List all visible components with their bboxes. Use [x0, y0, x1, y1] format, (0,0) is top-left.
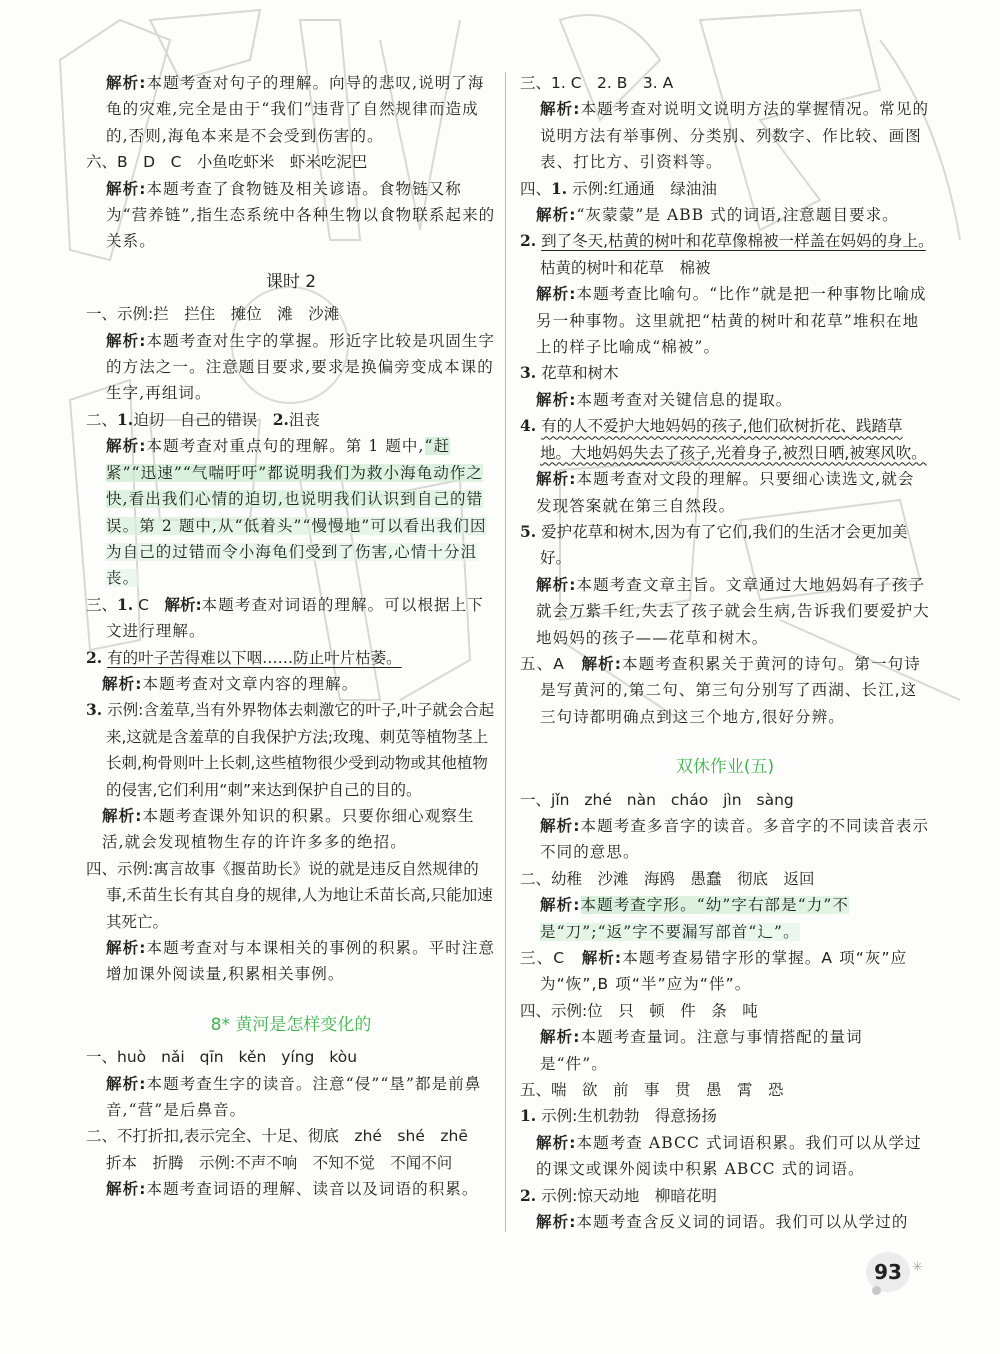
column-divider — [505, 72, 506, 1232]
answer-q5: 五、A 解析:本题考查积累关于黄河的诗句。第一句诗是写黄河的,第二句、第三句分别… — [520, 651, 930, 730]
answer-q1: 一、huò nǎi qīn kěn yíng kòu — [86, 1044, 496, 1070]
answer-q5-2: 2. 示例:惊天动地 柳暗花明 — [520, 1183, 930, 1209]
explanation: 解析:本题考查比喻句。“比作”就是把一种事物比喻成另一种事物。这里就把“枯黄的树… — [520, 281, 930, 360]
explanation: 解析:本题考查对与本课相关的事例的积累。平时注意增加课外阅读量,积累相关事例。 — [86, 935, 496, 988]
answer-q1: 一、jǐn zhé nàn cháo jìn sàng — [520, 787, 930, 813]
answer-q3-1: 三、1. C 解析:本题考查对词语的理解。可以根据上下文进行理解。 — [86, 592, 496, 645]
left-column: 解析:本题考查对句子的理解。向导的悲叹,说明了海龟的灾难,完全是由于“我们”违背… — [86, 70, 496, 1203]
explanation: 解析:本题考查了食物链及相关谚语。食物链又称为“营养链”,指生态系统中各种生物以… — [86, 176, 496, 255]
highlighted-text: 本题考查字形。“幼”字右部是“力”不是“刀”;“返”字不要漏写部首“辶”。 — [540, 896, 849, 940]
answer-q2: 二、幼稚 沙滩 海鸥 愚蠢 彻底 返回 — [520, 866, 930, 892]
explanation: 解析:本题考查对文章内容的理解。 — [86, 671, 496, 697]
explanation: 解析:本题考查对说明文说明方法的掌握情况。常见的说明方法有举事例、分类别、列数字… — [520, 96, 930, 175]
answer-q3: 三、C 解析:本题考查易错字形的掌握。A 项“灰”应为“恢”,B 项“半”应为“… — [520, 945, 930, 998]
explanation: 解析:“灰蒙蒙”是 ABB 式的词语,注意题目要求。 — [520, 202, 930, 228]
decorative-dot-icon — [872, 1286, 881, 1295]
explanation: 解析:本题考查含反义词的词语。我们可以从学过的 — [520, 1209, 930, 1235]
answer-q5: 五、喘 欲 前 事 贯 愚 霄 恐 — [520, 1077, 930, 1103]
section-title-lesson8: 8* 黄河是怎样变化的 — [86, 1012, 496, 1038]
answer-q3: 三、1. C 2. B 3. A — [520, 70, 930, 96]
explanation: 解析:本题考查对关键信息的提取。 — [520, 387, 930, 413]
answer-q4-2: 2. 到了冬天,枯黄的树叶和花草像棉被一样盖在妈妈的身上。 枯黄的树叶和花草 棉… — [520, 228, 930, 281]
section-title-weekend5: 双休作业(五) — [520, 754, 930, 780]
explanation: 解析:本题考查对文段的理解。只要细心读选文,就会发现答案就在第三自然段。 — [520, 466, 930, 519]
explanation: 解析:本题考查对生字的掌握。形近字比较是巩固生字的方法之一。注意题目要求,要求是… — [86, 328, 496, 407]
answer-q2: 二、1.迫切 自己的错误 2.沮丧 — [86, 407, 496, 433]
answer-q4-5: 5. 爱护花草和树木,因为有了它们,我们的生活才会更加美好。 — [520, 519, 930, 572]
answer-q4-4: 4. 有的人不爱护大地妈妈的孩子,他们砍树折花、践踏草地。大地妈妈失去了孩子,光… — [520, 413, 930, 466]
explanation: 解析:本题考查生字的读音。注意“侵”“垦”都是前鼻音,“营”是后鼻音。 — [86, 1071, 496, 1124]
explanation: 解析:本题考查量词。注意与事情搭配的量词是“件”。 — [520, 1024, 930, 1077]
answer-q5-1: 1. 示例:生机勃勃 得意扬扬 — [520, 1103, 930, 1129]
explanation: 解析:本题考查 ABCC 式词语积累。我们可以从学过的课文或课外阅读中积累 AB… — [520, 1130, 930, 1183]
answer-q6: 六、B D C 小鱼吃虾米 虾米吃泥巴 — [86, 149, 496, 175]
page-number: 93 — [866, 1252, 910, 1292]
explanation: 解析:本题考查课外知识的积累。只要你细心观察生活,就会发现植物生存的许许多多的绝… — [86, 803, 496, 856]
answer-q4: 四、示例:位 只 顿 件 条 吨 — [520, 998, 930, 1024]
answer-q3-2: 2. 有的叶子苦得难以下咽……防止叶片枯萎。 — [86, 645, 496, 671]
answer-q2: 二、不打折扣,表示完全、十足、彻底 zhé shé zhē 折本 折腾 示例:不… — [86, 1123, 496, 1176]
right-column: 三、1. C 2. B 3. A 解析:本题考查对说明文说明方法的掌握情况。常见… — [520, 70, 930, 1235]
answer-q4: 四、示例:寓言故事《揠苗助长》说的就是违反自然规律的事,禾苗生长有其自身的规律,… — [86, 856, 496, 935]
star-icon: ✳ — [912, 1260, 923, 1275]
explanation: 解析:本题考查多音字的读音。多音字的不同读音表示不同的意思。 — [520, 813, 930, 866]
answer-q4-1: 四、1. 示例:红通通 绿油油 — [520, 176, 930, 202]
explanation: 解析:本题考查文章主旨。文章通过大地妈妈有了孩子就会万紫千红,失去了孩子就会生病… — [520, 572, 930, 651]
explanation: 解析:本题考查字形。“幼”字右部是“力”不是“刀”;“返”字不要漏写部首“辶”。 — [520, 892, 930, 945]
answer-q4-3: 3. 花草和树木 — [520, 360, 930, 386]
section-title-lesson2: 课时 2 — [86, 269, 496, 295]
explanation: 解析:本题考查词语的理解、读音以及词语的积累。 — [86, 1176, 496, 1202]
highlighted-text: “赶紧”“迅速”“气喘吁吁”都说明我们为救小海龟动作之快,看出我们心情的迫切,也… — [106, 437, 487, 587]
answer-q3-3: 3. 示例:含羞草,当有外界物体去刺激它的叶子,叶子就会合起来,这就是含羞草的自… — [86, 697, 496, 803]
explanation: 解析:本题考查对重点句的理解。第 1 题中,“赶紧”“迅速”“气喘吁吁”都说明我… — [86, 433, 496, 591]
answer-q1: 一、示例:拦 拦住 摊位 滩 沙滩 — [86, 301, 496, 327]
explanation: 解析:本题考查对句子的理解。向导的悲叹,说明了海龟的灾难,完全是由于“我们”违背… — [86, 70, 496, 149]
